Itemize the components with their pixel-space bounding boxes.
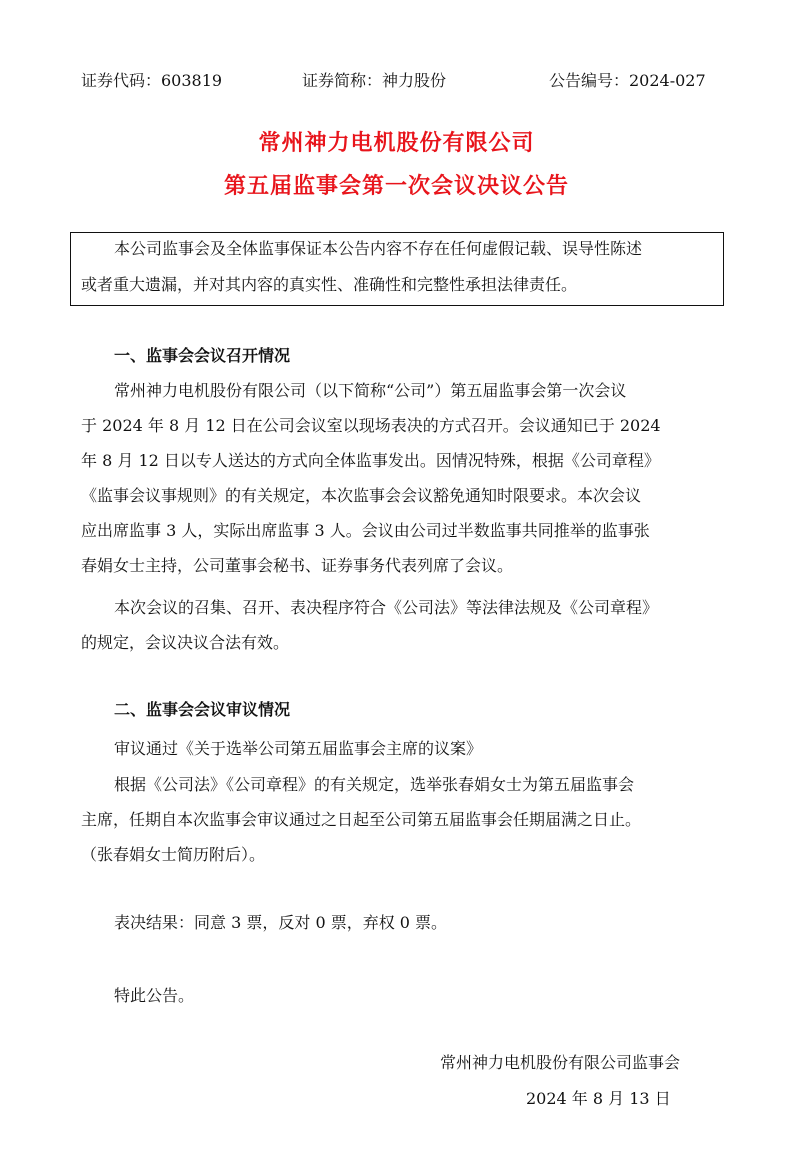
section-1-line: 年 8 月 12 日以专人送达的方式向全体监事发出。因情况特殊，根据《公司章程》 [81,448,660,471]
section-2-heading: 二、监事会会议审议情况 [114,697,290,720]
section-2-line: （张春娟女士简历附后）。 [81,842,265,865]
signature-date: 2024 年 8 月 13 日 [526,1086,671,1109]
vote-result: 表决结果：同意 3 票，反对 0 票，弃权 0 票。 [114,910,447,933]
section-1-line: 本次会议的召集、召开、表决程序符合《公司法》等法律法规及《公司章程》 [114,595,658,618]
section-2-line: 审议通过《关于选举公司第五届监事会主席的议案》 [114,736,482,759]
section-1-line: 《监事会议事规则》的有关规定，本次监事会会议豁免通知时限要求。本次会议 [81,483,641,506]
closing-statement: 特此公告。 [114,983,194,1006]
signature-organization: 常州神力电机股份有限公司监事会 [440,1050,680,1073]
disclaimer-line-2: 或者重大遗漏，并对其内容的真实性、准确性和完整性承担法律责任。 [81,272,577,295]
disclaimer-line-1: 本公司监事会及全体监事保证本公告内容不存在任何虚假记载、误导性陈述 [114,236,642,259]
section-2-line: 主席，任期自本次监事会审议通过之日起至公司第五届监事会任期届满之日止。 [81,807,641,830]
section-2-line: 根据《公司法》《公司章程》的有关规定，选举张春娟女士为第五届监事会 [114,772,634,795]
announcement-title: 第五届监事会第一次会议决议公告 [0,169,793,200]
section-1-heading: 一、监事会会议召开情况 [114,343,290,366]
stock-code: 证券代码：603819 [81,68,222,91]
stock-abbreviation: 证券简称：神力股份 [302,68,446,91]
section-1-line: 常州神力电机股份有限公司（以下简称“公司”）第五届监事会第一次会议 [114,378,626,401]
announcement-number: 公告编号：2024-027 [549,68,706,91]
company-title: 常州神力电机股份有限公司 [0,126,793,157]
section-1-line: 春娟女士主持，公司董事会秘书、证券事务代表列席了会议。 [81,553,513,576]
section-1-line: 于 2024 年 8 月 12 日在公司会议室以现场表决的方式召开。会议通知已于… [81,413,661,436]
section-1-line: 应出席监事 3 人，实际出席监事 3 人。会议由公司过半数监事共同推举的监事张 [81,518,650,541]
section-1-line: 的规定，会议决议合法有效。 [81,630,289,653]
